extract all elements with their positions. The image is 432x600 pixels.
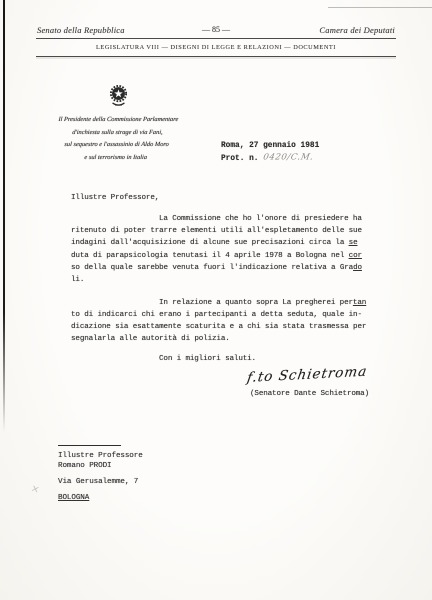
closing-salute: Con i migliori saluti. [71,353,381,365]
dateline-block: Roma, 27 gennaio 1981 Prot. n. 0420/C.M. [221,141,319,165]
letter-line: Romano PRODI [58,461,143,471]
letter-line: li. [71,274,381,286]
scan-smudge-mark: × [30,483,41,496]
letter-line: sul sequestro e l'assassinio di Aldo Mor… [35,139,198,152]
page-header: Senato della Repubblica — 85 — Camera de… [37,25,395,37]
italian-republic-emblem-icon [110,85,127,109]
protocol-number-handwritten: 0420/C.M. [262,152,314,164]
address-rule [58,445,121,446]
letter-line: Via Gerusalemme, 7 [58,477,143,487]
commission-letterhead: Il Presidente della Commissione Parlamen… [34,114,199,164]
legislatura-line: LEGISLATURA VIII — DISEGNI DI LEGGE E RE… [36,44,396,51]
letter-line: to di indicarci chi erano i partecipanti… [71,309,381,321]
paragraph-1: La Commissione che ho l'onore di presied… [71,213,381,287]
header-rule-bottom [36,56,396,57]
letter-line: BOLOGNA [58,493,143,503]
scan-edge-artifact [3,0,5,600]
paragraph-2: In relazione a quanto sopra La pregherei… [71,297,381,346]
header-camera: Camera dei Deputati [319,25,395,35]
scan-line-artifact [328,7,432,8]
letter-line: ritenuto di poter trarre elementi utili … [71,225,381,237]
recipient-address-block: Illustre ProfessoreRomano PRODIVia Gerus… [58,445,143,503]
letter-line: duta di parapsicologia tenutasi il 4 apr… [71,250,381,262]
scanned-letter-page: × Senato della Repubblica — 85 — Camera … [0,0,432,600]
letter-line: indagini dall'acquisizione di alcune sue… [71,237,381,249]
letter-line: La Commissione che ho l'onore di presied… [71,213,381,225]
protocol-label: Prot. n. [221,155,258,163]
place-date: Roma, 27 gennaio 1981 [221,141,319,153]
letter-line: dicazione sia esattamente scaturita e a … [71,321,381,333]
letter-line: Il Presidente della Commissione Parlamen… [37,114,200,127]
protocol-line: Prot. n. 0420/C.M. [221,153,319,166]
letter-body: Illustre Professore, La Commissione che … [71,192,381,365]
handwritten-signature: f.to Schietroma [246,362,398,386]
letter-line: so della quale sarebbe venuta fuori l'in… [71,262,381,274]
letter-line: d'inchiesta sulla strage di via Fani, [36,127,199,140]
letter-line: e sul terrorismo in Italia [34,152,197,165]
header-rule-top [36,38,396,39]
salutation: Illustre Professore, [71,192,381,204]
typed-signature: (Senatore Dante Schietroma) [250,390,369,398]
letter-line: segnalarla alle autorità di polizia. [71,333,381,345]
letter-line: In relazione a quanto sopra La pregherei… [71,297,381,309]
recipient-lines: Illustre ProfessoreRomano PRODIVia Gerus… [58,451,143,503]
letter-line: Illustre Professore [58,451,143,461]
